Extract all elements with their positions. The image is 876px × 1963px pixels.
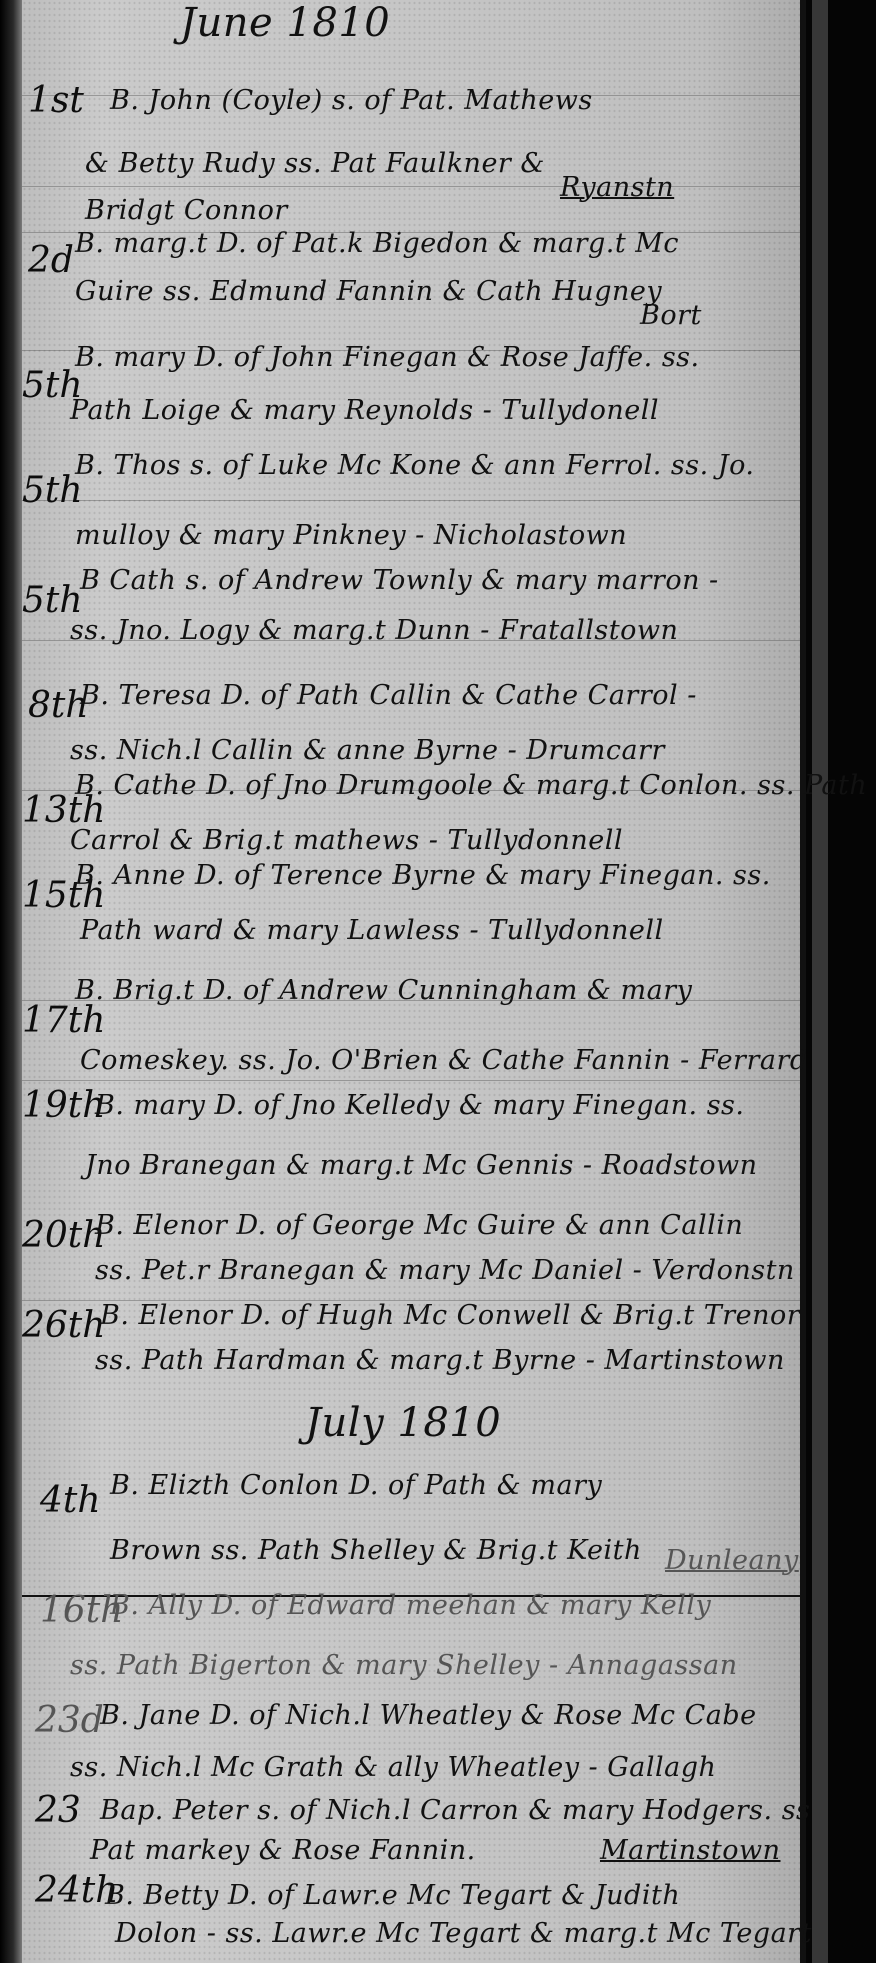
entry-date: 2d [28,240,74,281]
entry-date: 19th [22,1085,105,1126]
entry-line: mulloy & mary Pinkney - Nicholastown [75,520,627,551]
month-heading-july: July 1810 [305,1400,501,1446]
entry-line: ss. Pet.r Branegan & mary Mc Daniel - Ve… [95,1255,795,1286]
ruled-line [22,1080,822,1081]
binding-strip [812,0,828,1963]
entry-date: 17th [22,1000,105,1041]
entry-line: B. John (Coyle) s. of Pat. Mathews [110,85,593,116]
entry-line: B. Ally D. of Edward meehan & mary Kelly [110,1590,711,1621]
entry-line: ss. Nich.l Mc Grath & ally Wheatley - Ga… [70,1752,716,1783]
month-heading-june: June 1810 [180,0,390,46]
entry-line: ss. Path Bigerton & mary Shelley - Annag… [70,1650,738,1681]
entry-line: Comeskey. ss. Jo. O'Brien & Cathe Fannin… [80,1045,808,1076]
entry-line: ss. Path Hardman & marg.t Byrne - Martin… [95,1345,785,1376]
entry-date: 23d [35,1700,104,1741]
entry-line: Path Loige & mary Reynolds - Tullydonell [70,395,659,426]
entry-line: Path ward & mary Lawless - Tullydonnell [80,915,664,946]
entry-line: B. mary D. of John Finegan & Rose Jaffe.… [75,342,700,373]
entry-line: ss. Nich.l Callin & anne Byrne - Drumcar… [70,735,665,766]
entry-line: B. mary D. of Jno Kelledy & mary Finegan… [95,1090,745,1121]
entry-date: 23 [35,1790,81,1831]
entry-townland: Bort [640,300,702,331]
entry-line: B. marg.t D. of Pat.k Bigedon & marg.t M… [75,228,679,259]
entry-line: ss. Jno. Logy & marg.t Dunn - Fratallsto… [70,615,678,646]
ruled-line [22,186,822,187]
entry-line: Pat markey & Rose Fannin. [90,1835,476,1866]
entry-line: Carrol & Brig.t mathews - Tullydonnell [70,825,623,856]
entry-line: Dolon - ss. Lawr.e Mc Tegart & marg.t Mc… [115,1918,812,1949]
entry-townland: Ryanstn [560,172,674,203]
entry-townland: Dunleany [665,1545,799,1576]
entry-line: Jno Branegan & marg.t Mc Gennis - Roadst… [85,1150,758,1181]
entry-line: B. Jane D. of Nich.l Wheatley & Rose Mc … [100,1700,757,1731]
entry-line: B Cath s. of Andrew Townly & mary marron… [80,565,719,596]
entry-date: 26th [22,1305,105,1346]
entry-line: B. Elenor D. of Hugh Mc Conwell & Brig.t… [100,1300,800,1331]
entry-townland: Martinstown [600,1835,781,1866]
entry-line: B. Elenor D. of George Mc Guire & ann Ca… [95,1210,743,1241]
entry-line: & Betty Rudy ss. Pat Faulkner & [85,148,545,179]
entry-line: Bap. Peter s. of Nich.l Carron & mary Ho… [100,1795,810,1826]
left-page-edge [0,0,22,1963]
entry-date: 20th [22,1215,105,1256]
entry-line: Guire ss. Edmund Fannin & Cath Hugney [75,276,662,307]
entry-date: 1st [28,80,84,121]
entry-line: Bridgt Connor [85,195,288,226]
entry-line: Brown ss. Path Shelley & Brig.t Keith [110,1535,642,1566]
entry-line: B. Thos s. of Luke Mc Kone & ann Ferrol.… [75,450,754,481]
entry-date: 5th [22,470,83,511]
entry-line: B. Brig.t D. of Andrew Cunningham & mary [75,975,692,1006]
entry-line: B. Anne D. of Terence Byrne & mary Fineg… [75,860,771,891]
entry-line: B. Betty D. of Lawr.e Mc Tegart & Judith [105,1880,680,1911]
entry-line: B. Cathe D. of Jno Drumgoole & marg.t Co… [75,770,867,801]
entry-line: B. Teresa D. of Path Callin & Cathe Carr… [80,680,697,711]
entry-date: 4th [40,1480,101,1521]
entry-line: B. Elizth Conlon D. of Path & mary [110,1470,602,1501]
ruled-line [22,500,822,501]
